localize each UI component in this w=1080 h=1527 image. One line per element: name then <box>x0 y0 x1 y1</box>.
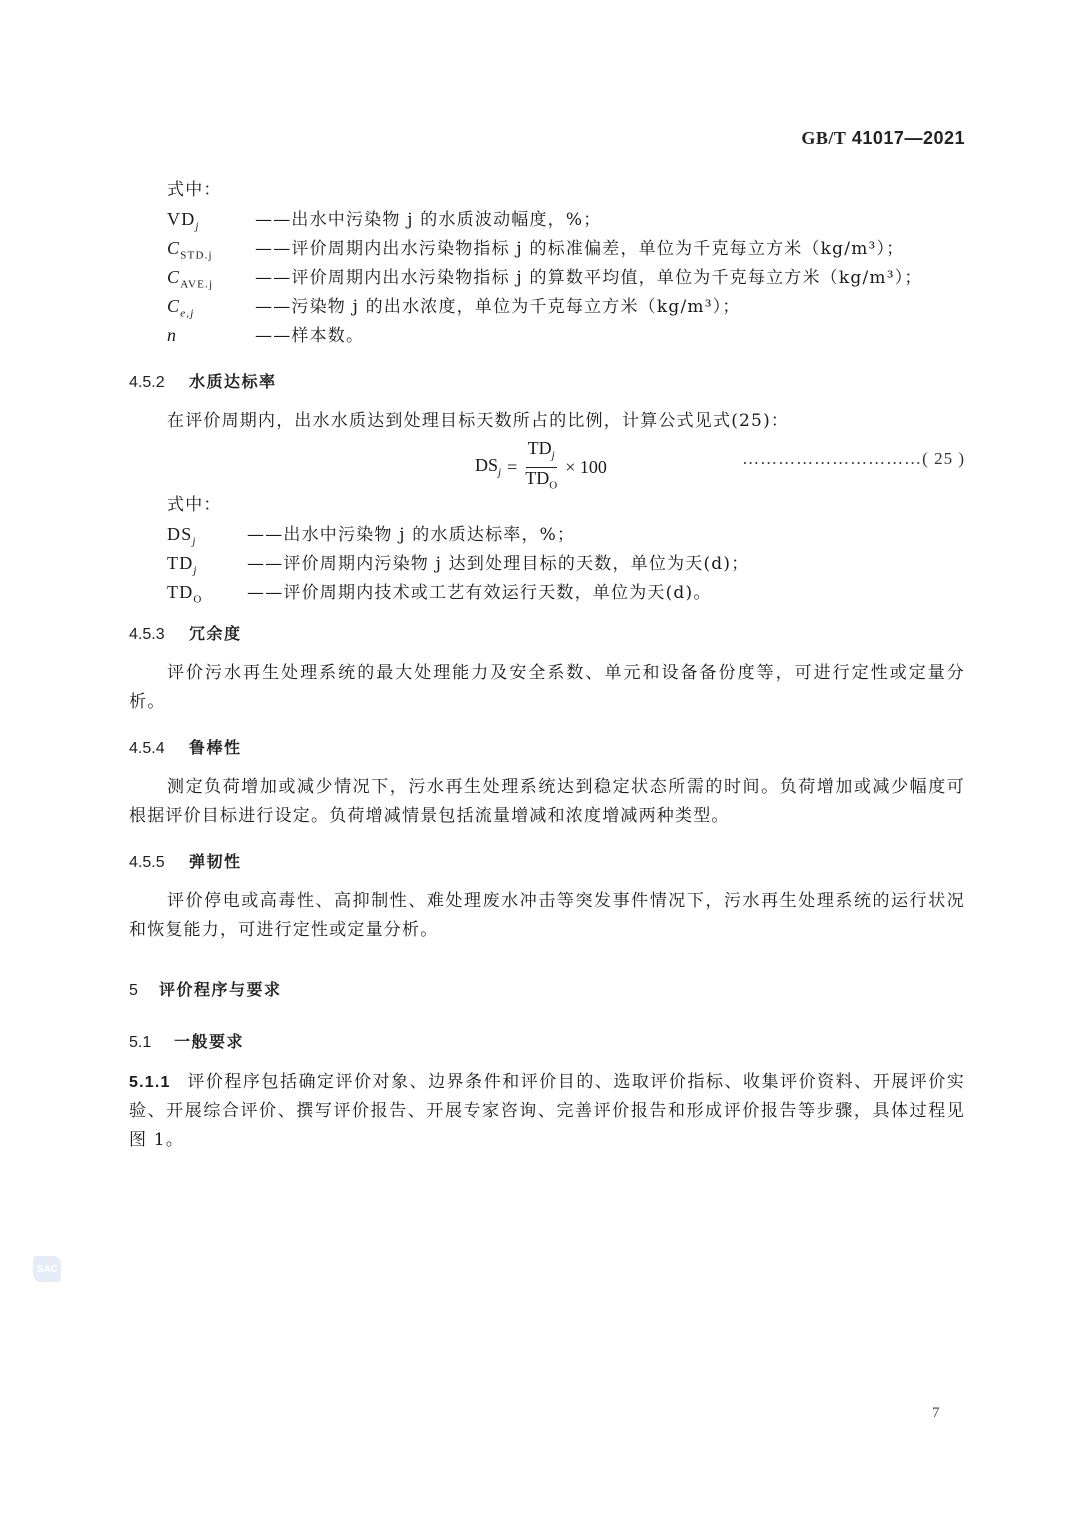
formula-25: DSj = TDj TDO × 100 <box>475 438 607 496</box>
standard-code: GB/T 41017—2021 <box>801 128 965 149</box>
variable-description: ——评价周期内污染物 j 达到处理目标的天数，单位为天(d)； <box>247 550 749 579</box>
standard-prefix: GB/T <box>801 128 846 148</box>
section-heading-5: 5评价程序与要求 <box>129 977 282 1000</box>
formula-lhs: DSj <box>475 455 501 479</box>
variable-description: ——评价周期内出水污染物指标 j 的标准偏差，单位为千克每立方米（kg/m³）； <box>255 235 904 264</box>
where-label: 式中： <box>167 491 222 520</box>
section-paragraph: 评价污水再生处理系统的最大处理能力及安全系数、单元和设备备份度等，可进行定性或定… <box>129 659 965 717</box>
section-heading-4-5-4: 4.5.4鲁棒性 <box>129 735 242 758</box>
variable-description: ——评价周期内技术或工艺有效运行天数，单位为天(d)。 <box>247 579 712 608</box>
variable-description: ——出水中污染物 j 的水质波动幅度，%； <box>255 206 601 235</box>
section-heading-5-1: 5.1一般要求 <box>129 1029 244 1052</box>
standard-number: 41017—2021 <box>852 128 965 148</box>
where-label: 式中： <box>167 176 222 205</box>
variable-description: ——污染物 j 的出水浓度，单位为千克每立方米（kg/m³）； <box>255 293 741 322</box>
section-paragraph: 在评价周期内，出水水质达到处理目标天数所占的比例，计算公式见式(25)： <box>129 407 965 436</box>
variable-symbol: n <box>167 321 255 350</box>
clause-number: 5.1.1 <box>129 1068 187 1097</box>
formula-fraction: TDj TDO <box>523 438 559 496</box>
variable-row: n ——样本数。 <box>167 321 364 351</box>
clause-text: 评价程序包括确定评价对象、边界条件和评价目的、选取评价指标、收集评价资料、开展评… <box>129 1072 965 1150</box>
formula-equals: = <box>507 457 517 478</box>
formula-multiplier: × 100 <box>565 457 607 478</box>
page-number: 7 <box>932 1405 940 1422</box>
section-paragraph: 测定负荷增加或减少情况下，污水再生处理系统达到稳定状态所需的时间。负荷增加或减少… <box>129 773 965 831</box>
section-5-1-1-paragraph: 5.1.1评价程序包括确定评价对象、边界条件和评价目的、选取评价指标、收集评价资… <box>129 1068 965 1155</box>
variable-symbol: TDO <box>167 578 247 615</box>
variable-row: TDO ——评价周期内技术或工艺有效运行天数，单位为天(d)。 <box>167 578 712 615</box>
variable-description: ——出水中污染物 j 的水质达标率，%； <box>247 521 575 550</box>
section-heading-4-5-3: 4.5.3冗余度 <box>129 621 242 644</box>
sac-watermark-logo: SAC <box>33 1256 61 1282</box>
section-paragraph: 评价停电或高毒性、高抑制性、难处理废水冲击等突发事件情况下，污水再生处理系统的运… <box>129 887 965 945</box>
variable-description: ——样本数。 <box>255 322 364 351</box>
variable-description: ——评价周期内出水污染物指标 j 的算数平均值，单位为千克每立方米（kg/m³）… <box>255 264 923 293</box>
section-heading-4-5-2: 4.5.2水质达标率 <box>129 369 277 392</box>
section-heading-4-5-5: 4.5.5弹韧性 <box>129 849 242 872</box>
equation-number: …………………………( 25 ) <box>742 449 965 469</box>
